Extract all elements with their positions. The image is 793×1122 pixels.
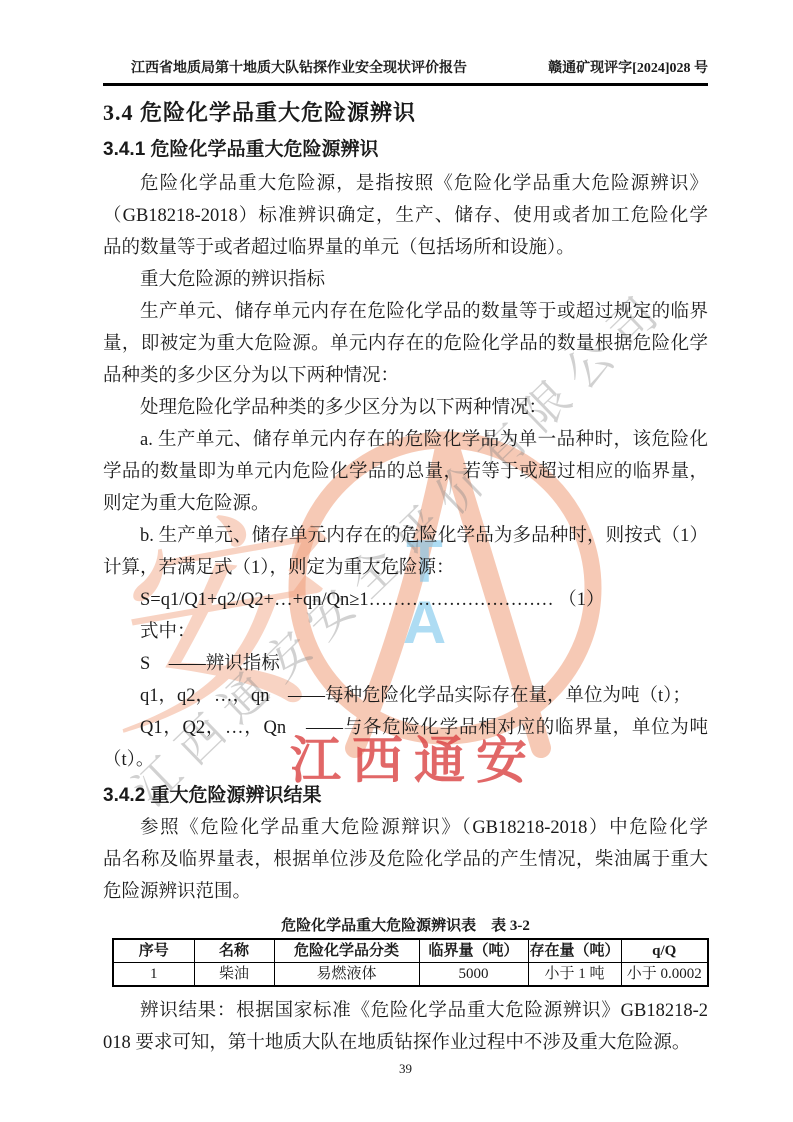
paragraph-case-b: b. 生产单元、储存单元内存在的危险化学品为多品种时，则按式（1） 计算，若满足… xyxy=(103,520,708,584)
text-line: 处理危险化学品种类的多少区分为以下两种情况： xyxy=(103,392,708,424)
text-line: 品的数量等于或者超过临界量的单元（包括场所和设施）。 xyxy=(103,232,708,264)
table-header-row: 序号 名称 危险化学品分类 临界量（吨） 存在量（吨） q/Q xyxy=(113,939,708,963)
col-header-class: 危险化学品分类 xyxy=(274,939,419,963)
document-page: 安 TA 江西通安安全评价有限公司 江西通安 江西省地质局第十地质大队钻探作业安… xyxy=(0,0,793,1122)
cell-name: 柴油 xyxy=(194,963,274,987)
cell-class: 易燃液体 xyxy=(274,963,419,987)
paragraph-indicator-heading: 重大危险源的辨识指标 xyxy=(103,264,708,296)
text-line: 计算，若满足式（1），则定为重大危险源： xyxy=(103,552,708,584)
section-title-3-4: 3.4 危险化学品重大危险源辨识 xyxy=(103,98,708,128)
subsection-title-3-4-1: 3.4.1 危险化学品重大危险源辨识 xyxy=(103,136,708,164)
cell-critical: 5000 xyxy=(419,963,528,987)
table-row: 1 柴油 易燃液体 5000 小于 1 吨 小于 0.0002 xyxy=(113,963,708,987)
text-line: 辨识结果：根据国家标准《危险化学品重大危险源辨识》GB18218-2 xyxy=(103,995,708,1027)
cell-present: 小于 1 吨 xyxy=(528,963,621,987)
text-line: S ——辨识指标 xyxy=(103,648,708,680)
text-line: q1，q2，…，qn ——每种危险化学品实际存在量，单位为吨（t）； xyxy=(103,680,708,712)
header-report-title: 江西省地质局第十地质大队钻探作业安全现状评价报告 xyxy=(103,60,467,78)
text-line: 018 要求可知，第十地质大队在地质钻探作业过程中不涉及重大危险源。 xyxy=(103,1027,708,1059)
text-line: （t）。 xyxy=(103,744,708,776)
text-line: 则定为重大危险源。 xyxy=(103,488,708,520)
page-header: 江西省地质局第十地质大队钻探作业安全现状评价报告 赣通矿现评字[2024]028… xyxy=(103,60,708,86)
table-title: 危险化学品重大危险源辨识表 表 3-2 xyxy=(103,916,708,936)
col-header-ratio: q/Q xyxy=(621,939,708,963)
cell-ratio: 小于 0.0002 xyxy=(621,963,708,987)
text-line: 量，即被定为重大危险源。单元内存在的危险化学品的数量根据危险化学 xyxy=(103,328,708,360)
text-line: （GB18218-2018）标准辨识确定，生产、储存、使用或者加工危险化学 xyxy=(103,200,708,232)
text-line: 学品的数量即为单元内危险化学品的总量，若等于或超过相应的临界量， xyxy=(103,456,708,488)
paragraph-where: 式中： xyxy=(103,616,708,648)
paragraph-case-a: a. 生产单元、储存单元内存在的危险化学品为单一品种时，该危险化 学品的数量即为… xyxy=(103,424,708,520)
col-header-name: 名称 xyxy=(194,939,274,963)
page-content: 3.4 危险化学品重大危险源辨识 3.4.1 危险化学品重大危险源辨识 危险化学… xyxy=(103,92,708,1077)
hazard-identification-table: 序号 名称 危险化学品分类 临界量（吨） 存在量（吨） q/Q 1 柴油 易燃液… xyxy=(112,938,709,987)
header-doc-number: 赣通矿现评字[2024]028 号 xyxy=(548,60,708,78)
formula-block: S=q1/Q1+q2/Q2+…+qn/Qn≥1………………………… （1） xyxy=(103,584,708,616)
paragraph-result-reference: 参照《危险化学品重大危险源辩识》（GB18218-2018）中危险化学 品名称及… xyxy=(103,812,708,908)
col-header-critical: 临界量（吨） xyxy=(419,939,528,963)
paragraph-definition: 危险化学品重大危险源，是指按照《危险化学品重大危险源辨识》 （GB18218-2… xyxy=(103,168,708,264)
paragraph-symbol-s: S ——辨识指标 xyxy=(103,648,708,680)
text-line: b. 生产单元、储存单元内存在的危险化学品为多品种时，则按式（1） xyxy=(103,520,708,552)
paragraph-criteria: 生产单元、储存单元内存在危险化学品的数量等于或超过规定的临界 量，即被定为重大危… xyxy=(103,296,708,392)
text-line: 危险化学品重大危险源，是指按照《危险化学品重大危险源辨识》 xyxy=(103,168,708,200)
col-header-seq: 序号 xyxy=(113,939,194,963)
text-line: 生产单元、储存单元内存在危险化学品的数量等于或超过规定的临界 xyxy=(103,296,708,328)
paragraph-symbol-q-lower: q1，q2，…，qn ——每种危险化学品实际存在量，单位为吨（t）； xyxy=(103,680,708,712)
paragraph-symbol-q-upper: Q1，Q2，…，Qn ——与各危险化学品相对应的临界量，单位为吨 （t）。 xyxy=(103,712,708,776)
text-line: Q1，Q2，…，Qn ——与各危险化学品相对应的临界量，单位为吨 xyxy=(103,712,708,744)
formula-line: S=q1/Q1+q2/Q2+…+qn/Qn≥1………………………… （1） xyxy=(103,584,708,616)
text-line: 式中： xyxy=(103,616,708,648)
col-header-present: 存在量（吨） xyxy=(528,939,621,963)
text-line: 参照《危险化学品重大危险源辩识》（GB18218-2018）中危险化学 xyxy=(103,812,708,844)
paragraph-two-cases: 处理危险化学品种类的多少区分为以下两种情况： xyxy=(103,392,708,424)
subsection-title-3-4-2: 3.4.2 重大危险源辨识结果 xyxy=(103,782,708,810)
text-line: 品种类的多少区分为以下两种情况： xyxy=(103,360,708,392)
text-line: 重大危险源的辨识指标 xyxy=(103,264,708,296)
page-number: 39 xyxy=(103,1061,708,1077)
text-line: 品名称及临界量表，根据单位涉及危险化学品的产生情况，柴油属于重大 xyxy=(103,844,708,876)
text-line: 危险源辨识范围。 xyxy=(103,876,708,908)
paragraph-conclusion: 辨识结果：根据国家标准《危险化学品重大危险源辨识》GB18218-2 018 要… xyxy=(103,995,708,1059)
cell-seq: 1 xyxy=(113,963,194,987)
text-line: a. 生产单元、储存单元内存在的危险化学品为单一品种时，该危险化 xyxy=(103,424,708,456)
